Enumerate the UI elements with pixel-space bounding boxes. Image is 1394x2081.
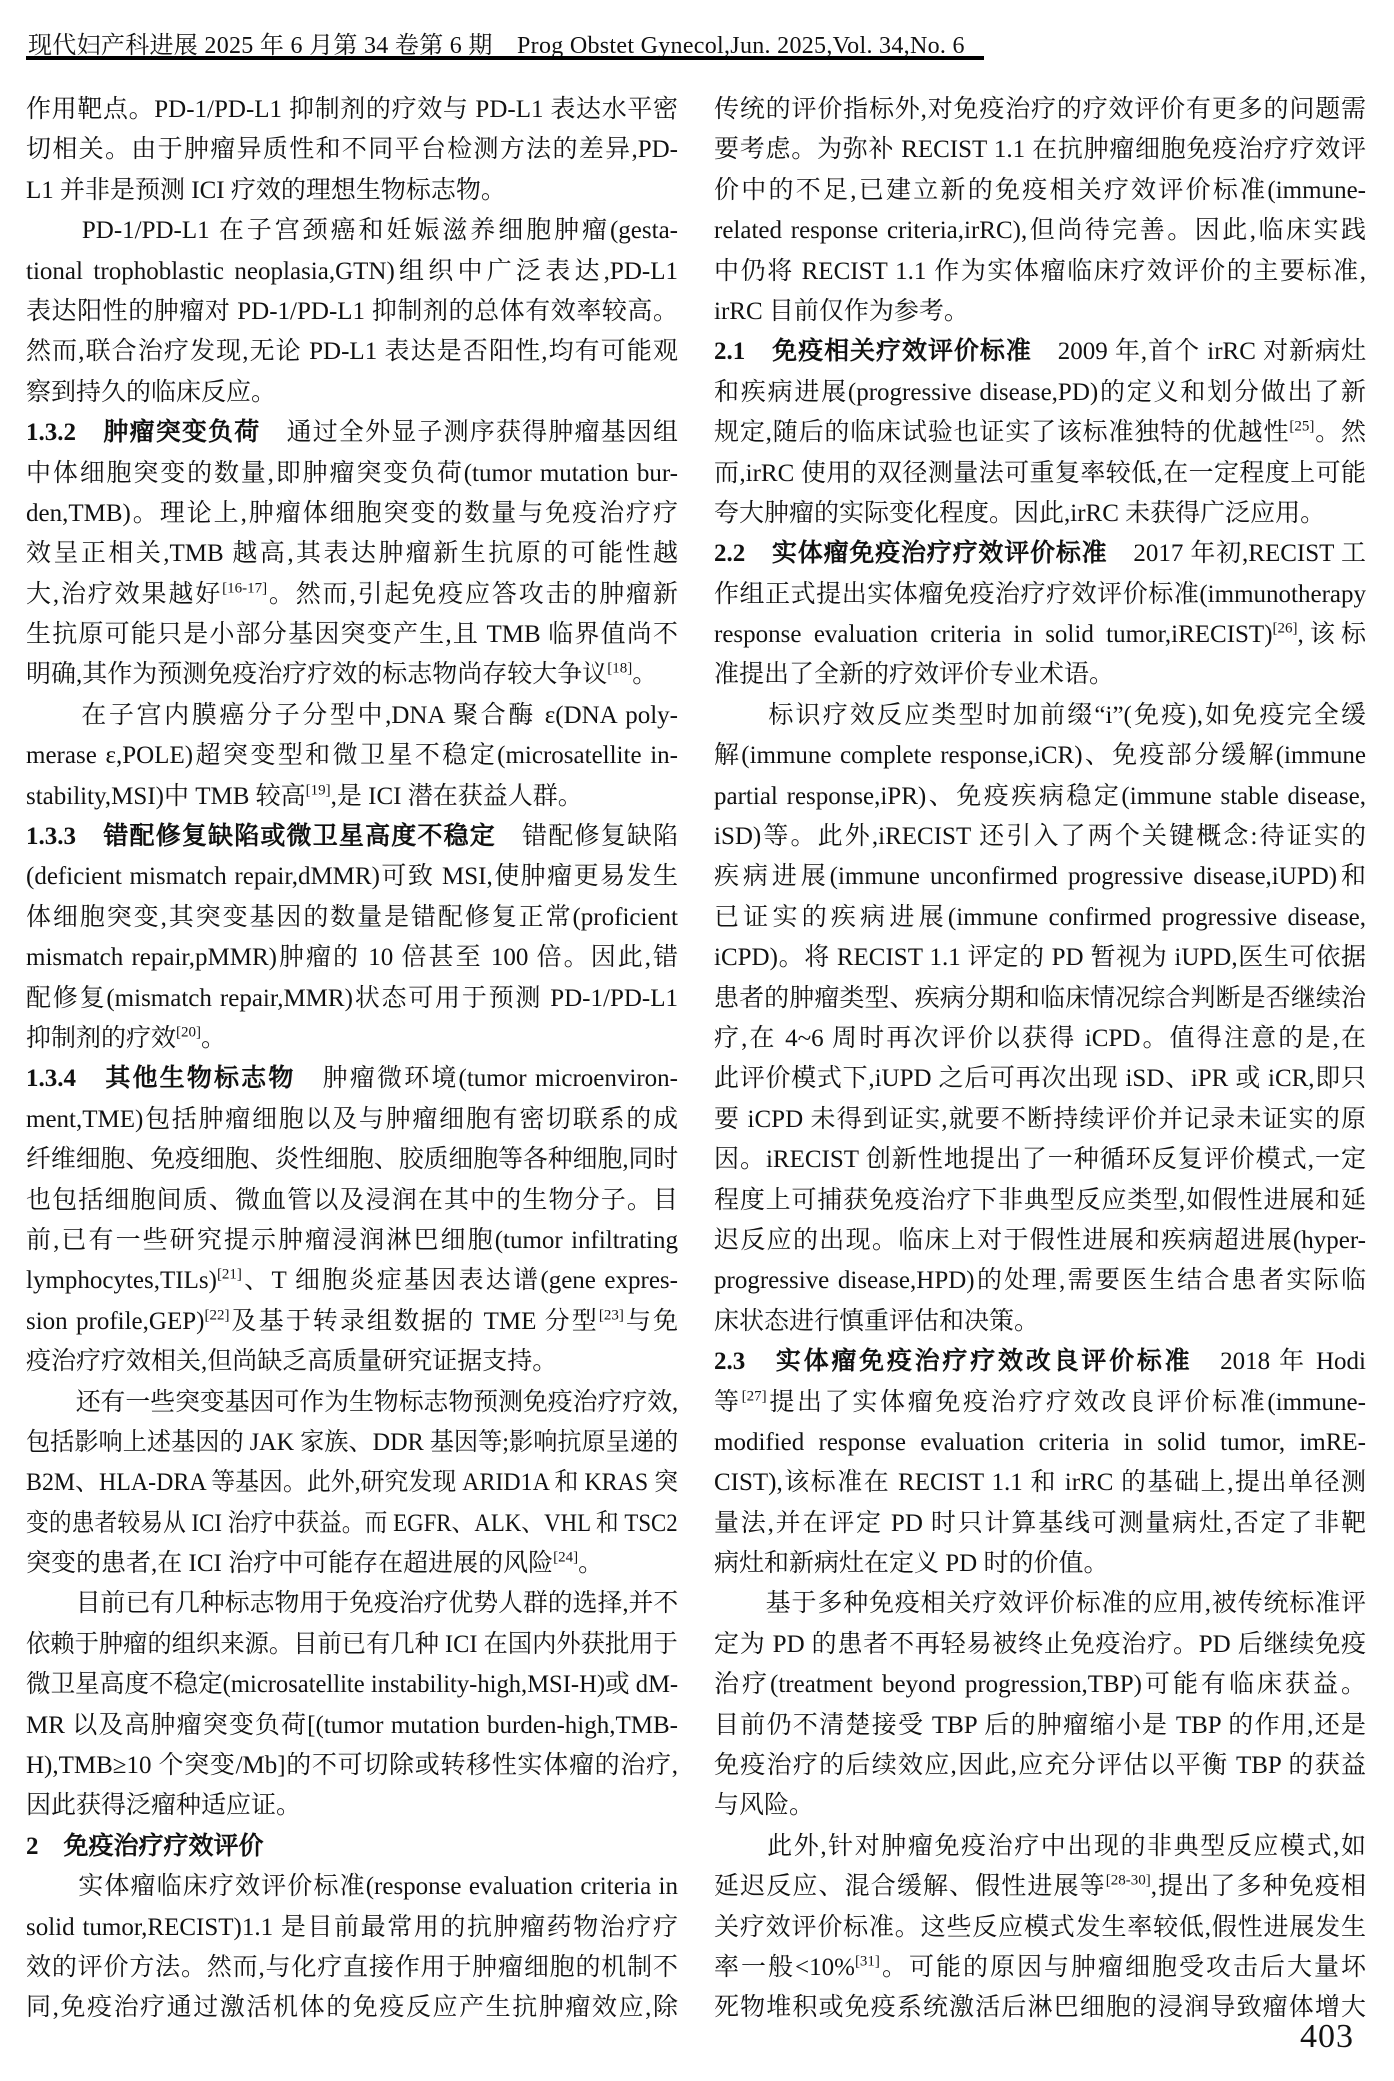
text-line: 定为 PD 的患者不再轻易被终止免疫治疗。PD 后继续免疫 — [714, 1625, 1366, 1665]
text-line: stability,MSI)中 TMB 较高[19],是 ICI 潜在获益人群。 — [26, 777, 678, 817]
text-line: 也包括细胞间质、微血管以及浸润在其中的生物分子。目 — [26, 1181, 678, 1221]
text-line: 突变的患者,在 ICI 治疗中可能存在超进展的风险[24]。 — [26, 1544, 678, 1584]
text-line: 而,irRC 使用的双径测量法可重复率较低,在一定程度上可能 — [714, 454, 1366, 494]
text-line: 因。iRECIST 创新性地提出了一种循环反复评价模式,一定 — [714, 1140, 1366, 1180]
text-line: 要 iCPD 未得到证实,就要不断持续评价并记录未证实的原 — [714, 1100, 1366, 1140]
text-line: 死物堆积或免疫系统激活后淋巴细胞的浸润导致瘤体增大 — [714, 1988, 1366, 2028]
text-line: tional trophoblastic neoplasia,GTN)组织中广泛… — [26, 252, 678, 292]
right-text-column: 传统的评价指标外,对免疫治疗的疗效评价有更多的问题需要考虑。为弥补 RECIST… — [714, 90, 1366, 2029]
text-line: 大,治疗效果越好[16-17]。然而,引起免疫应答攻击的肿瘤新 — [26, 575, 678, 615]
text-line: 1.3.3 错配修复缺陷或微卫星高度不稳定 错配修复缺陷 — [26, 817, 678, 857]
text-line: 1.3.2 肿瘤突变负荷 通过全外显子测序获得肿瘤基因组 — [26, 413, 678, 453]
text-line: 目前已有几种标志物用于免疫治疗优势人群的选择,并不 — [26, 1584, 674, 1624]
text-line: 2.2 实体瘤免疫治疗疗效评价标准 2017 年初,RECIST 工 — [714, 534, 1366, 574]
text-line: 与风险。 — [714, 1786, 1366, 1826]
text-line: 中仍将 RECIST 1.1 作为实体瘤临床疗效评价的主要标准, — [714, 252, 1366, 292]
text-line: 已证实的疾病进展(immune confirmed progressive di… — [714, 898, 1366, 938]
text-line: 作用靶点。PD-1/PD-L1 抑制剂的疗效与 PD-L1 表达水平密 — [26, 90, 678, 130]
text-line: 患者的肿瘤类型、疾病分期和临床情况综合判断是否继续治 — [714, 979, 1366, 1019]
left-text-column: 作用靶点。PD-1/PD-L1 抑制剂的疗效与 PD-L1 表达水平密切相关。由… — [26, 90, 678, 2029]
text-line: 率一般<10%[31]。可能的原因与肿瘤细胞受攻击后大量坏 — [714, 1948, 1366, 1988]
text-line: 还有一些突变基因可作为生物标志物预测免疫治疗疗效, — [26, 1383, 674, 1423]
text-line: 关疗效评价标准。这些反应模式发生率较低,假性进展发生 — [714, 1908, 1366, 1948]
text-line: lymphocytes,TILs)[21]、T 细胞炎症基因表达谱(gene e… — [26, 1261, 678, 1301]
text-line: 2.1 免疫相关疗效评价标准 2009 年,首个 irRC 对新病灶 — [714, 332, 1366, 372]
text-line: L1 并非是预测 ICI 疗效的理想生物标志物。 — [26, 171, 678, 211]
text-line: 纤维细胞、免疫细胞、炎性细胞、胶质细胞等各种细胞,同时 — [26, 1140, 674, 1180]
journal-header-line: 现代妇产科进展 2025 年 6 月第 34 卷第 6 期 Prog Obste… — [28, 25, 965, 60]
text-line: 解(immune complete response,iCR)、免疫部分缓解(i… — [714, 736, 1366, 776]
text-line: 效的评价方法。然而,与化疗直接作用于肿瘤细胞的机制不 — [26, 1948, 678, 1988]
text-line: CIST),该标准在 RECIST 1.1 和 irRC 的基础上,提出单径测 — [714, 1463, 1366, 1503]
text-line: 效呈正相关,TMB 越高,其表达肿瘤新生抗原的可能性越 — [26, 534, 678, 574]
text-line: 变的患者较易从 ICI 治疗中获益。而 EGFR、ALK、VHL 和 TSC2 — [26, 1504, 621, 1544]
text-line: 疾病进展(immune unconfirmed progressive dise… — [714, 857, 1366, 897]
text-line: 作组正式提出实体瘤免疫治疗疗效评价标准(immunotherapy — [714, 575, 1366, 615]
text-line: 体细胞突变,其突变基因的数量是错配修复正常(proficient — [26, 898, 678, 938]
text-line: solid tumor,RECIST)1.1 是目前最常用的抗肿瘤药物治疗疗 — [26, 1908, 678, 1948]
text-line: MR 以及高肿瘤突变负荷[(tumor mutation burden-high… — [26, 1706, 678, 1746]
text-line: 因此获得泛瘤种适应证。 — [26, 1786, 678, 1826]
text-line: B2M、HLA-DRA 等基因。此外,研究发现 ARID1A 和 KRAS 突 — [26, 1463, 649, 1503]
text-line: 价中的不足,已建立新的免疫相关疗效评价标准(immune- — [714, 171, 1366, 211]
text-line: 量法,并在评定 PD 时只计算基线可测量病灶,否定了非靶 — [714, 1504, 1366, 1544]
journal-page: 现代妇产科进展 2025 年 6 月第 34 卷第 6 期 Prog Obste… — [0, 0, 1394, 2081]
text-line: 程度上可捕获免疫治疗下非典型反应类型,如假性进展和延 — [714, 1181, 1366, 1221]
text-line: (deficient mismatch repair,dMMR)可致 MSI,使… — [26, 857, 678, 897]
text-line: PD-1/PD-L1 在子宫颈癌和妊娠滋养细胞肿瘤(gesta- — [26, 211, 678, 251]
text-line: 明确,其作为预测免疫治疗疗效的标志物尚存较大争议[18]。 — [26, 655, 678, 695]
text-line: 2.3 实体瘤免疫治疗疗效改良评价标准 2018 年 Hodi — [714, 1342, 1366, 1382]
text-line: merase ε,POLE)超突变型和微卫星不稳定(microsatellite… — [26, 736, 678, 776]
text-line: 切相关。由于肿瘤异质性和不同平台检测方法的差异,PD- — [26, 130, 678, 170]
text-line: mismatch repair,pMMR)肿瘤的 10 倍甚至 100 倍。因此… — [26, 938, 678, 978]
text-line: sion profile,GEP)[22]及基于转录组数据的 TME 分型[23… — [26, 1302, 678, 1342]
text-line: 表达阳性的肿瘤对 PD-1/PD-L1 抑制剂的总体有效率较高。 — [26, 292, 678, 332]
text-line: 准提出了全新的疗效评价专业术语。 — [714, 655, 1366, 695]
text-line: 抑制剂的疗效[20]。 — [26, 1019, 678, 1059]
text-line: 依赖于肿瘤的组织来源。目前已有几种 ICI 在国内外获批用于 — [26, 1625, 660, 1665]
text-line: 在子宫内膜癌分子分型中,DNA 聚合酶 ε(DNA poly- — [26, 696, 678, 736]
text-line: 此评价模式下,iUPD 之后可再次出现 iSD、iPR 或 iCR,即只 — [714, 1059, 1366, 1099]
text-line: 目前仍不清楚接受 TBP 后的肿瘤缩小是 TBP 的作用,还是 — [714, 1706, 1366, 1746]
text-line: partial response,iPR)、免疫疾病稳定(immune stab… — [714, 777, 1366, 817]
text-line: 基于多种免疫相关疗效评价标准的应用,被传统标准评 — [714, 1584, 1366, 1624]
text-line: iSD)等。此外,iRECIST 还引入了两个关键概念:待证实的 — [714, 817, 1366, 857]
text-line: 免疫治疗的后续效应,因此,应充分评估以平衡 TBP 的获益 — [714, 1746, 1366, 1786]
text-line: progressive disease,HPD)的处理,需要医生结合患者实际临 — [714, 1261, 1366, 1301]
text-line: 微卫星高度不稳定(microsatellite instability-high… — [26, 1665, 667, 1705]
text-line: den,TMB)。理论上,肿瘤体细胞突变的数量与免疫治疗疗 — [26, 494, 678, 534]
text-line: 2 免疫治疗疗效评价 — [26, 1827, 678, 1867]
text-line: response evaluation criteria in solid tu… — [714, 615, 1366, 655]
text-line: 配修复(mismatch repair,MMR)状态可用于预测 PD-1/PD-… — [26, 979, 678, 1019]
text-line: irRC 目前仅作为参考。 — [714, 292, 1366, 332]
text-line: 床状态进行慎重评估和决策。 — [714, 1302, 1366, 1342]
text-line: 等[27]提出了实体瘤免疫治疗疗效改良评价标准(immune- — [714, 1383, 1366, 1423]
text-line: 病灶和新病灶在定义 PD 时的价值。 — [714, 1544, 1366, 1584]
text-line: 1.3.4 其他生物标志物 肿瘤微环境(tumor microenviron- — [26, 1059, 678, 1099]
text-line: 和疾病进展(progressive disease,PD)的定义和划分做出了新 — [714, 373, 1366, 413]
text-line: 传统的评价指标外,对免疫治疗的疗效评价有更多的问题需 — [714, 90, 1366, 130]
text-line: 同,免疫治疗通过激活机体的免疫反应产生抗肿瘤效应,除 — [26, 1988, 678, 2028]
text-line: 疫治疗疗效相关,但尚缺乏高质量研究证据支持。 — [26, 1342, 678, 1382]
text-line: 疗,在 4~6 周时再次评价以获得 iCPD。值得注意的是,在 — [714, 1019, 1366, 1059]
text-line: 包括影响上述基因的 JAK 家族、DDR 基因等;影响抗原呈递的 — [26, 1423, 657, 1463]
text-line: modified response evaluation criteria in… — [714, 1423, 1366, 1463]
text-line: 此外,针对肿瘤免疫治疗中出现的非典型反应模式,如 — [714, 1827, 1366, 1867]
text-line: H),TMB≥10 个突变/Mb]的不可切除或转移性实体瘤的治疗, — [26, 1746, 678, 1786]
text-line: 然而,联合治疗发现,无论 PD-L1 表达是否阳性,均有可能观 — [26, 332, 678, 372]
text-line: related response criteria,irRC),但尚待完善。因此… — [714, 211, 1366, 251]
text-line: 延迟反应、混合缓解、假性进展等[28-30],提出了多种免疫相 — [714, 1867, 1366, 1907]
text-line: 迟反应的出现。临床上对于假性进展和疾病超进展(hyper- — [714, 1221, 1366, 1261]
text-line: 实体瘤临床疗效评价标准(response evaluation criteria… — [26, 1867, 678, 1907]
text-line: 中体细胞突变的数量,即肿瘤突变负荷(tumor mutation bur- — [26, 454, 678, 494]
page-number: 403 — [1300, 2018, 1354, 2056]
text-line: 前,已有一些研究提示肿瘤浸润淋巴细胞(tumor infiltrating — [26, 1221, 678, 1261]
text-line: ment,TME)包括肿瘤细胞以及与肿瘤细胞有密切联系的成 — [26, 1100, 678, 1140]
text-line: 察到持久的临床反应。 — [26, 373, 678, 413]
text-line: 治疗(treatment beyond progression,TBP)可能有临… — [714, 1665, 1366, 1705]
text-line: 生抗原可能只是小部分基因突变产生,且 TMB 临界值尚不 — [26, 615, 678, 655]
header-rule — [26, 56, 984, 60]
text-line: iCPD)。将 RECIST 1.1 评定的 PD 暂视为 iUPD,医生可依据 — [714, 938, 1366, 978]
text-line: 夸大肿瘤的实际变化程度。因此,irRC 未获得广泛应用。 — [714, 494, 1366, 534]
text-line: 标识疗效反应类型时加前缀“i”(免疫),如免疫完全缓 — [714, 696, 1366, 736]
text-line: 规定,随后的临床试验也证实了该标准独特的优越性[25]。然 — [714, 413, 1366, 453]
text-line: 要考虑。为弥补 RECIST 1.1 在抗肿瘤细胞免疫治疗疗效评 — [714, 130, 1366, 170]
